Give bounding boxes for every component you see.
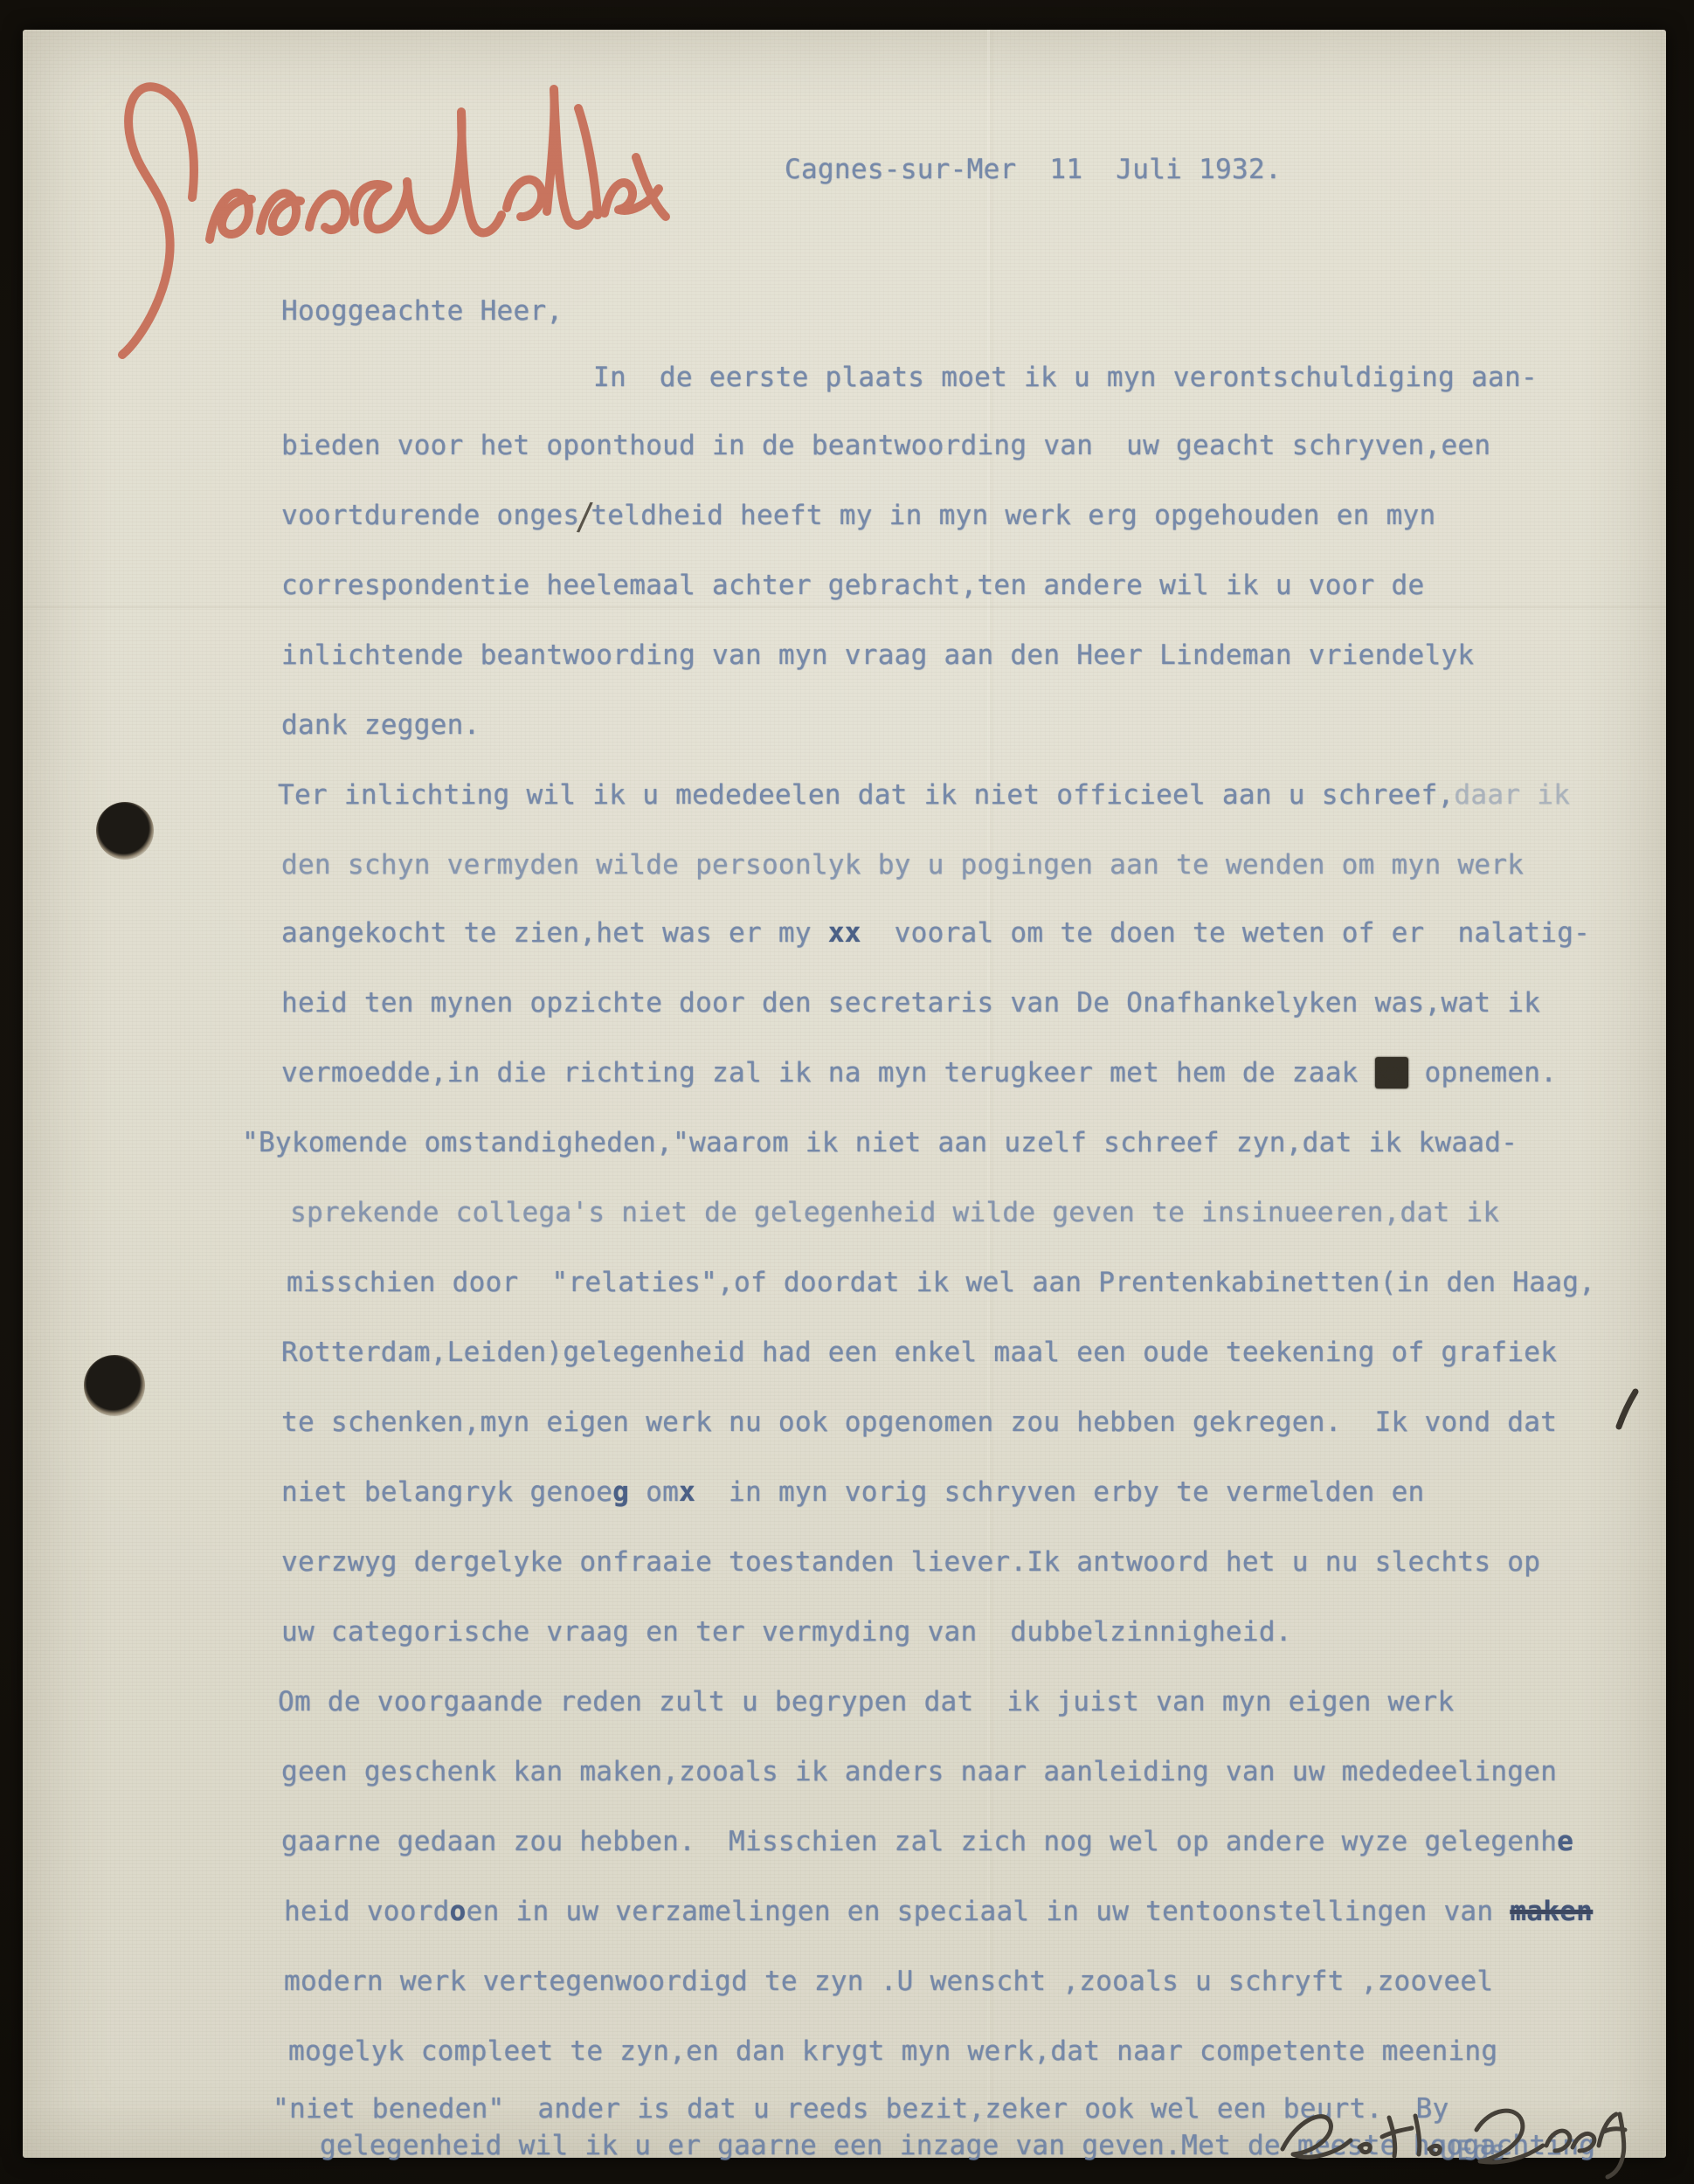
punch-hole-bottom	[84, 1355, 145, 1416]
typed-line: te schenken,myn eigen werk nu ook opgeno…	[281, 1406, 1557, 1438]
typed-line: "Bykomende omstandigheden,"waarom ik nie…	[242, 1127, 1518, 1158]
pen-check-mark	[1614, 1387, 1641, 1431]
typed-line: voortdurende onges∕teldheid heeft my in …	[281, 500, 1435, 531]
red-pencil-annotation	[87, 51, 690, 383]
dateline: Cagnes-sur-Mer 11 Juli 1932.	[785, 154, 1282, 185]
typed-line: heid ten mynen opzichte door den secreta…	[281, 987, 1540, 1019]
typed-line: bieden voor het oponthoud in de beantwoo…	[281, 430, 1490, 461]
typed-line: mogelyk compleet te zyn,en dan krygt myn…	[288, 2035, 1497, 2067]
typed-line: modern werk vertegenwoordigd te zyn .U w…	[284, 1966, 1493, 1997]
typed-line: verzwyg dergelyke onfraaie toestanden li…	[281, 1546, 1540, 1578]
handwritten-signature	[1256, 2098, 1641, 2182]
typed-line: den schyn vermyden wilde persoonlyk by u…	[281, 849, 1524, 881]
horizontal-fold-crease	[23, 606, 1666, 608]
typed-line: uw categorische vraag en ter vermyding v…	[281, 1616, 1292, 1648]
typed-line: aangekocht te zien,het was er my xx voor…	[281, 917, 1590, 949]
typed-line: sprekende collega's niet de gelegenheid …	[290, 1197, 1499, 1228]
typed-line: vermoedde,in die richting zal ik na myn …	[281, 1057, 1557, 1089]
typed-line: heid voordoen in uw verzamelingen en spe…	[284, 1896, 1593, 1927]
salutation: Hooggeachte Heer,	[281, 295, 563, 327]
typed-line: Rotterdam,Leiden)gelegenheid had een enk…	[281, 1337, 1557, 1368]
typed-line: correspondentie heelemaal achter gebrach…	[281, 570, 1425, 601]
typed-line: Ter inlichting wil ik u mededeelen dat i…	[278, 779, 1570, 811]
typed-line: Om de voorgaande reden zult u begrypen d…	[278, 1686, 1454, 1717]
typed-line: dank zeggen.	[281, 709, 481, 741]
typed-line: niet belangryk genoeg omx in myn vorig s…	[281, 1476, 1425, 1508]
typed-line: gaarne gedaan zou hebben. Misschien zal …	[281, 1826, 1573, 1857]
typed-line: geen geschenk kan maken,zooals ik anders…	[281, 1756, 1557, 1787]
scan-background: Cagnes-sur-Mer 11 Juli 1932.Hooggeachte …	[0, 0, 1694, 2184]
punch-hole-top	[96, 802, 154, 860]
typed-line: misschien door "relaties",of doordat ik …	[287, 1267, 1595, 1298]
typed-line: In de eerste plaats moet ik u myn veront…	[593, 362, 1538, 393]
typed-line: inlichtende beantwoording van myn vraag …	[281, 639, 1474, 671]
